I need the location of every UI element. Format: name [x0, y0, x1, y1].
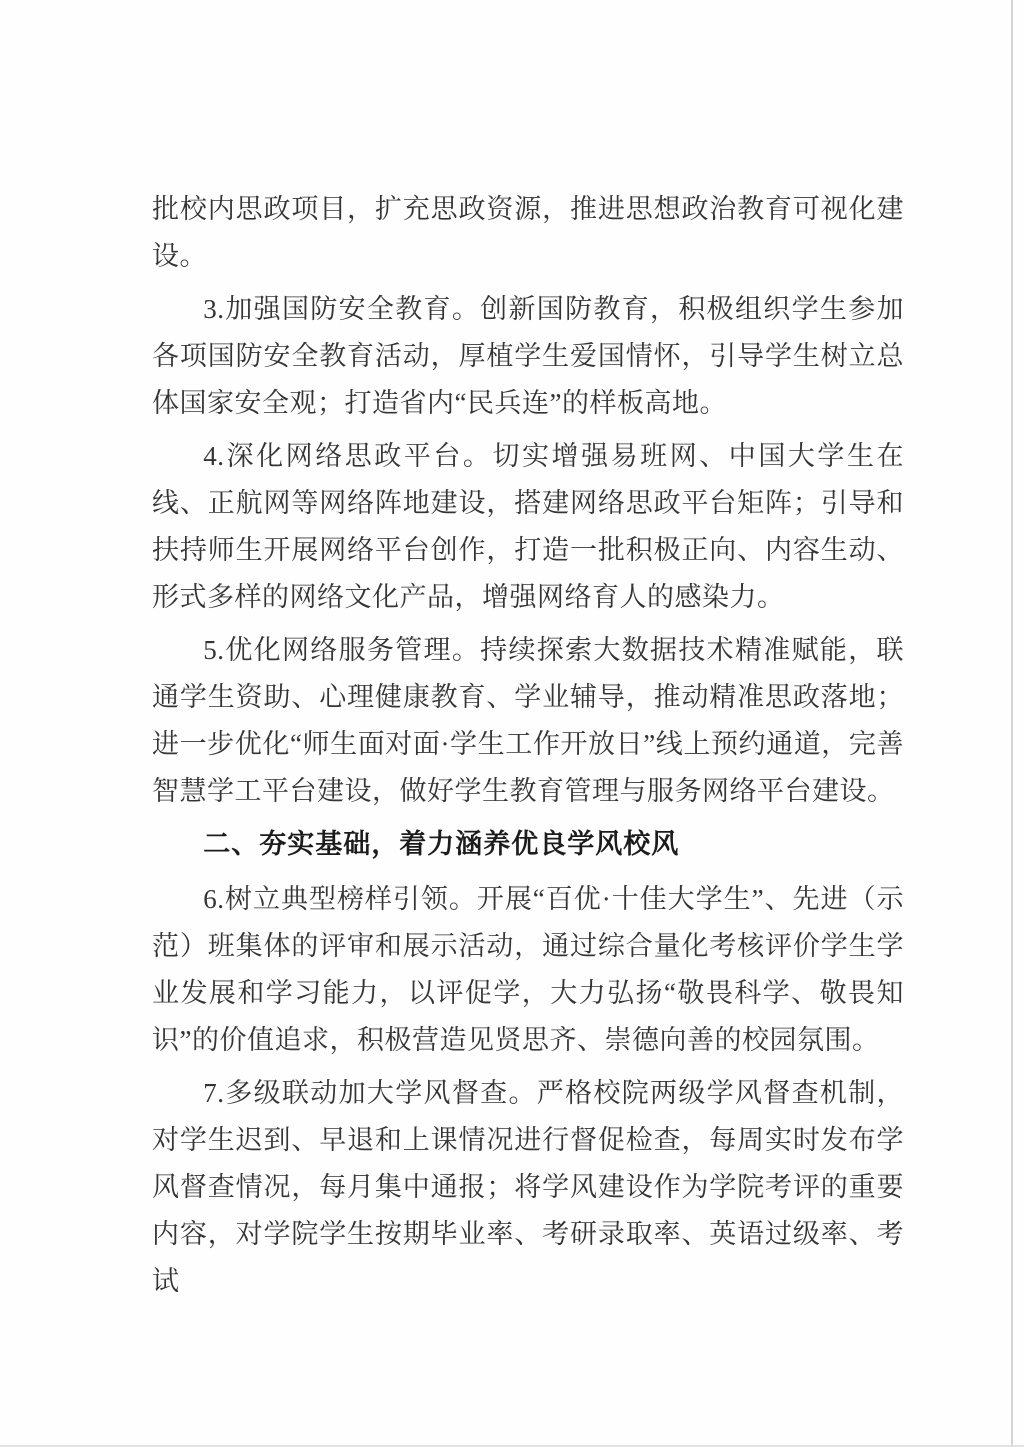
body-paragraph: 批校内思政项目，扩充思政资源，推进思想政治教育可视化建设。 [152, 186, 904, 280]
body-paragraph: 5.优化网络服务管理。持续探索大数据技术精准赋能，联通学生资助、心理健康教育、学… [152, 627, 904, 815]
section-heading: 二、夯实基础，着力涵养优良学风校风 [152, 821, 904, 868]
body-paragraph: 3.加强国防安全教育。创新国防教育，积极组织学生参加各项国防安全教育活动，厚植学… [152, 286, 904, 427]
scanned-document-page: 批校内思政项目，扩充思政资源，推进思想政治教育可视化建设。3.加强国防安全教育。… [0, 0, 1024, 1447]
body-paragraph: 6.树立典型榜样引领。开展“百优·十佳大学生”、先进（示范）班集体的评审和展示活… [152, 876, 904, 1064]
document-body: 批校内思政项目，扩充思政资源，推进思想政治教育可视化建设。3.加强国防安全教育。… [152, 186, 904, 1311]
scan-edge-line-right [1011, 0, 1013, 1447]
body-paragraph: 4.深化网络思政平台。切实增强易班网、中国大学生在线、正航网等网络阵地建设，搭建… [152, 433, 904, 621]
body-paragraph: 7.多级联动加大学风督查。严格校院两级学风督查机制，对学生迟到、早退和上课情况进… [152, 1070, 904, 1305]
